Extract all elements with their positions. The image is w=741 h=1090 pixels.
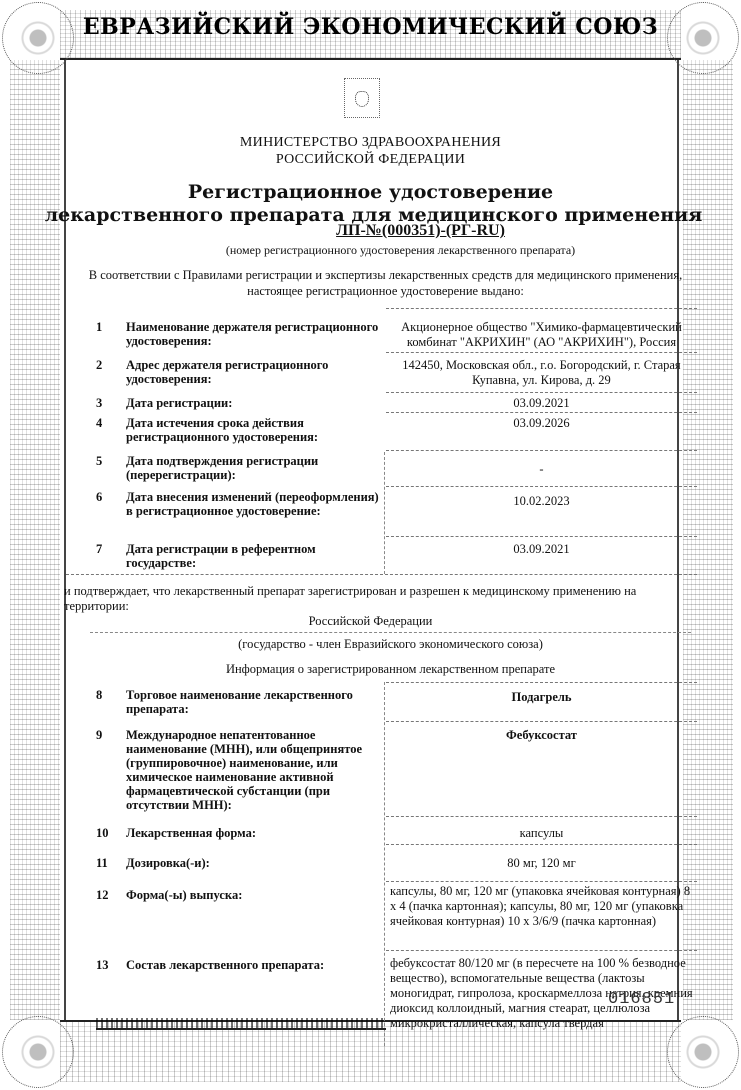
row-number: 6 bbox=[96, 490, 126, 518]
row-number: 4 bbox=[96, 416, 126, 444]
expiry-date-value: 03.09.2026 bbox=[386, 416, 697, 431]
row-number: 10 bbox=[96, 826, 126, 840]
row-number: 5 bbox=[96, 454, 126, 482]
row-label: Торговое наименование лекарственного пре… bbox=[126, 688, 381, 716]
union-title: ЕВРАЗИЙСКИЙ ЭКОНОМИЧЕСКИЙ СОЮЗ bbox=[0, 14, 741, 40]
ministry-line-1: МИНИСТЕРСТВО ЗДРАВООХРАНЕНИЯ bbox=[0, 134, 741, 151]
row-number: 3 bbox=[96, 396, 126, 410]
table-row: 9 Международное непатентованное наименов… bbox=[96, 728, 697, 812]
row-label: Международное непатентованное наименован… bbox=[126, 728, 381, 812]
coat-of-arms-icon bbox=[344, 78, 380, 118]
row-number: 9 bbox=[96, 728, 126, 812]
holder-name-value: Акционерное общество "Химико-фармацевтич… bbox=[386, 320, 697, 350]
holder-address-value: 142450, Московская обл., г.о. Богородски… bbox=[386, 358, 697, 388]
row-label: Дата истечения срока действия регистраци… bbox=[126, 416, 381, 444]
table-row: 11 Дозировка(-и): 80 мг, 120 мг bbox=[96, 856, 697, 870]
territory-underline bbox=[90, 632, 691, 633]
table-row: 13 Состав лекарственного препарата: фебу… bbox=[96, 958, 697, 972]
amendment-date-value: 10.02.2023 bbox=[386, 494, 697, 509]
table-row: 6 Дата внесения изменений (переоформлени… bbox=[96, 490, 697, 518]
table-row: 5 Дата подтверждения регистрации (перере… bbox=[96, 454, 697, 482]
certificate-number-caption: (номер регистрационного удостоверения ле… bbox=[0, 243, 741, 258]
dosage-value: 80 мг, 120 мг bbox=[386, 856, 697, 871]
table-row: 4 Дата истечения срока действия регистра… bbox=[96, 416, 697, 444]
inn-value: Фебуксостат bbox=[386, 728, 697, 743]
row-divider bbox=[386, 450, 697, 451]
row-number: 13 bbox=[96, 958, 126, 972]
row-divider bbox=[66, 574, 697, 575]
certificate-title: Регистрационное удостоверение bbox=[0, 180, 741, 204]
row-label: Состав лекарственного препарата: bbox=[126, 958, 381, 972]
territory-caption: (государство - член Евразийского экономи… bbox=[0, 637, 741, 652]
row-divider bbox=[386, 950, 697, 951]
confirmation-text: и подтверждает, что лекарственный препар… bbox=[64, 584, 701, 614]
row-label: Дата регистрации в референтном государст… bbox=[126, 542, 381, 570]
row-divider bbox=[386, 308, 697, 309]
table-row: 1 Наименование держателя регистрационног… bbox=[96, 320, 697, 348]
table-row: 10 Лекарственная форма: капсулы bbox=[96, 826, 697, 840]
row-label: Адрес держателя регистрационного удостов… bbox=[126, 358, 381, 386]
row-number: 1 bbox=[96, 320, 126, 348]
table-row: 2 Адрес держателя регистрационного удост… bbox=[96, 358, 697, 386]
row-number: 8 bbox=[96, 688, 126, 716]
row-label: Дозировка(-и): bbox=[126, 856, 381, 870]
row-divider bbox=[386, 486, 697, 487]
row-label: Дата подтверждения регистрации (перереги… bbox=[126, 454, 381, 482]
row-divider bbox=[386, 352, 697, 353]
row-divider bbox=[386, 412, 697, 413]
row-divider bbox=[386, 536, 697, 537]
table-row: 3 Дата регистрации: 03.09.2021 bbox=[96, 396, 697, 410]
row-divider bbox=[386, 721, 697, 722]
row-label: Дата регистрации: bbox=[126, 396, 381, 410]
row-number: 12 bbox=[96, 888, 126, 902]
reregistration-date-value: - bbox=[386, 462, 697, 477]
row-label: Дата внесения изменений (переоформления)… bbox=[126, 490, 381, 518]
reference-state-date-value: 03.09.2021 bbox=[386, 542, 697, 557]
ministry-name: МИНИСТЕРСТВО ЗДРАВООХРАНЕНИЯ РОССИЙСКОЙ … bbox=[0, 134, 741, 168]
row-label: Форма(-ы) выпуска: bbox=[126, 888, 381, 902]
row-divider bbox=[386, 816, 697, 817]
row-divider bbox=[386, 881, 697, 882]
row-divider bbox=[386, 844, 697, 845]
dosage-form-value: капсулы bbox=[386, 826, 697, 841]
drug-info-title: Информация о зарегистрированном лекарств… bbox=[0, 662, 741, 677]
row-label: Лекарственная форма: bbox=[126, 826, 381, 840]
table-row: 12 Форма(-ы) выпуска: капсулы, 80 мг, 12… bbox=[96, 888, 697, 902]
row-number: 11 bbox=[96, 856, 126, 870]
row-label: Наименование держателя регистрационного … bbox=[126, 320, 381, 348]
corner-rosette-icon bbox=[2, 1016, 74, 1088]
column-divider bbox=[384, 452, 385, 574]
certificate-number: ЛП-№(000351)-(РГ-RU) bbox=[0, 222, 741, 240]
registration-date-value: 03.09.2021 bbox=[386, 396, 697, 411]
intro-paragraph: В соответствии с Правилами регистрации и… bbox=[80, 267, 691, 299]
release-form-value: капсулы, 80 мг, 120 мг (упаковка ячейков… bbox=[386, 884, 697, 929]
serial-number: 016851 bbox=[608, 990, 675, 1009]
row-number: 7 bbox=[96, 542, 126, 570]
row-number: 2 bbox=[96, 358, 126, 386]
bottom-guilloche-strip bbox=[96, 1018, 386, 1030]
table-row: 7 Дата регистрации в референтном государ… bbox=[96, 542, 697, 570]
row-divider bbox=[386, 682, 697, 683]
ministry-line-2: РОССИЙСКОЙ ФЕДЕРАЦИИ bbox=[0, 151, 741, 168]
trade-name-value: Подагрель bbox=[386, 690, 697, 705]
territory-value: Российской Федерации bbox=[0, 614, 741, 629]
table-row: 8 Торговое наименование лекарственного п… bbox=[96, 688, 697, 716]
row-divider bbox=[386, 392, 697, 393]
